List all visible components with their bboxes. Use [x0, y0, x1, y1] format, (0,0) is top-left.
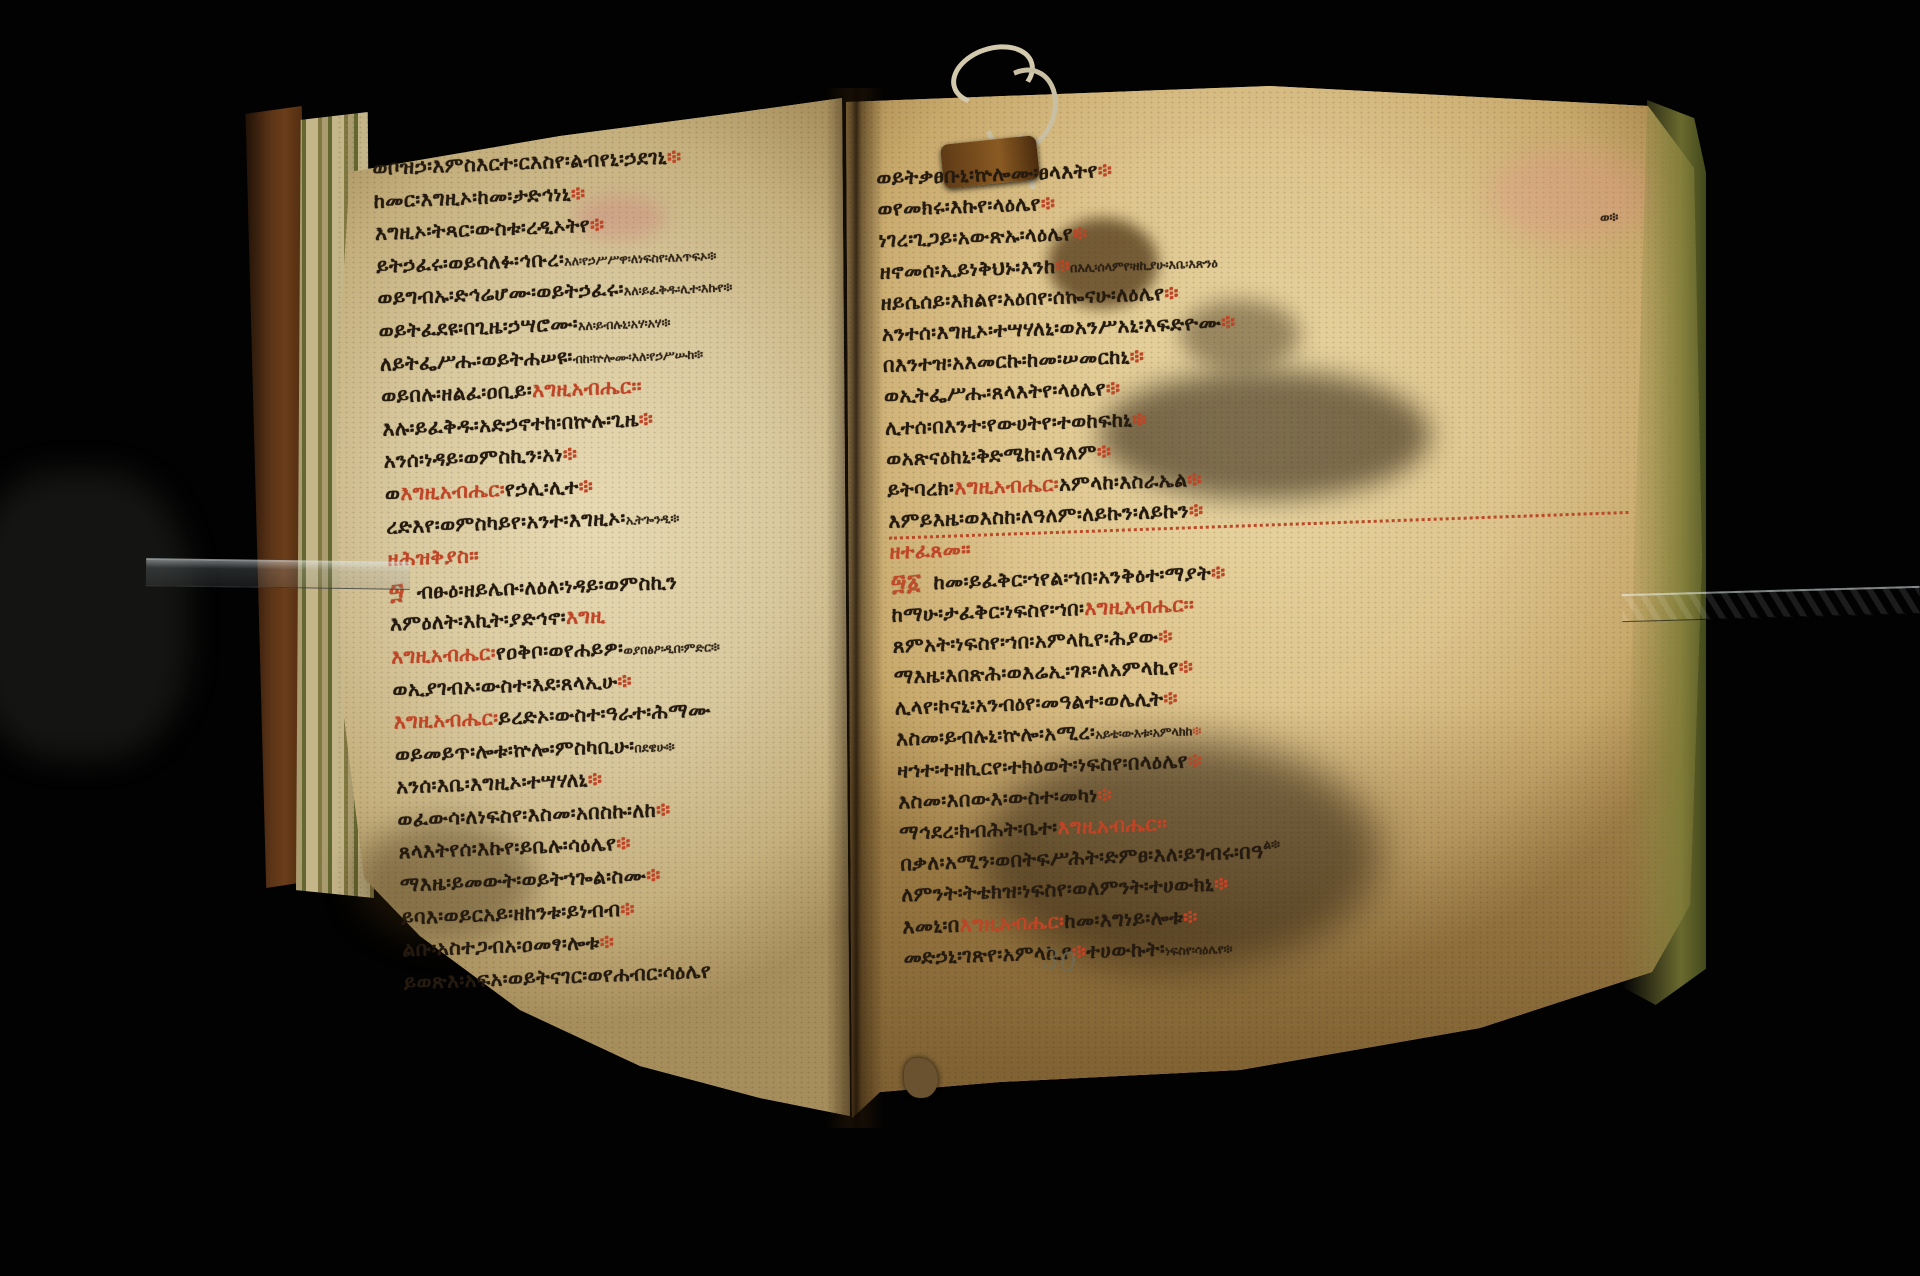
red-ink-text: ፨	[1189, 498, 1204, 522]
red-ink-text: ፨	[1163, 686, 1178, 710]
red-ink-text: ፨	[1040, 191, 1055, 215]
red-ink-text: እግዚአብሔር፡	[391, 641, 497, 669]
red-ink-text: ፨	[666, 144, 681, 169]
red-ink-text: ፨	[587, 767, 602, 792]
black-ink-text: በደዌሁ፨	[634, 739, 675, 757]
black-ink-text: እለ፡ይብሉኒ፡አሃ፡አሃ፨	[578, 315, 671, 335]
red-ink-text: ፨	[1214, 871, 1229, 895]
manuscript-text-left: ወቦዝኃ፡እምስእርተ፡ርእስየ፡ልብየኒ፡ኃደገኒ፨ከመር፡እግዚኦ፡ከመ፡ታ…	[372, 138, 879, 1012]
red-ink-text: ፨	[1221, 309, 1236, 333]
red-ink-text: ፨	[590, 212, 605, 237]
black-ink-text: የኃሊ፡ሊተ	[505, 474, 580, 501]
red-ink-text: ፨	[1105, 376, 1120, 400]
red-ink-text: እግዚአብሔር፡	[400, 477, 506, 505]
black-ink-text: በእሊ፡ሰላምየ፡ዘኪያሁ፡እቤ፡እጽንዕ	[1070, 255, 1218, 276]
red-ink-text: ፨	[646, 863, 661, 888]
manuscript-text-right: ወይትቃፀቡኒ፡ኵሎሙ፡ፀላእትየ፨ወየመክሩ፡እኩየ፡ላዕሌየ፨ነገረ፡ጊጋይ…	[876, 140, 1644, 977]
red-ink-text: ፨	[1055, 253, 1070, 277]
photo-black-background: ወቦዝኃ፡እምስእርተ፡ርእስየ፡ልብየኒ፡ኃደገኒ፨ከመር፡እግዚኦ፡ከመ፡ታ…	[0, 0, 1920, 1276]
black-ink-text: ወ	[385, 481, 401, 506]
red-ink-text: ፨	[1158, 624, 1173, 648]
red-ink-text: ፨	[1096, 439, 1111, 463]
black-ink-text: ል፨	[1263, 836, 1280, 853]
book-support-wedge	[0, 470, 190, 760]
red-ink-text: ፨	[620, 896, 635, 921]
red-ink-text: እግዚአብሔር፡	[393, 706, 499, 734]
black-ink-text: እለ፡የኃሥሥዋ፡ለነፍስየ፡ለአጥፍኦ፨	[564, 248, 717, 270]
red-ink-text: እግዚ	[566, 604, 606, 629]
red-ink-text: ፨	[1211, 560, 1226, 584]
red-ink-text: ፨	[562, 442, 577, 467]
black-ink-text: ዘኖመሰ፡ኢይነቅህኑ፡እንከ	[879, 253, 1056, 283]
black-ink-text: አይቴ፡ውእቱ፡አምላክከ	[1095, 724, 1193, 743]
plexiglass-strip-left	[146, 558, 410, 590]
red-ink-text: እግዚአብሔር፡፡	[532, 374, 643, 402]
black-ink-text: እመኒ፡በ	[902, 912, 960, 938]
red-ink-text: ፨	[1132, 406, 1147, 430]
red-ink-text: ፨	[1183, 904, 1198, 928]
red-ink-text: እግዚአብሔር፡	[959, 908, 1065, 936]
gutter-leather-tab	[904, 1058, 938, 1098]
red-ink-text: ፨	[578, 474, 593, 499]
red-ink-text: ፨	[1097, 782, 1112, 806]
black-ink-text: አምላከ፡እስራኤል	[1059, 467, 1188, 495]
black-ink-text: ከመ፡እግነይ፡ሎቱ	[1064, 904, 1184, 932]
red-ink-text: እግዚአብሔር፡	[954, 472, 1060, 500]
red-ink-text: ፨	[616, 831, 631, 856]
red-ink-text: ፨	[1073, 221, 1088, 245]
red-ink-text: ፨	[1187, 467, 1202, 491]
black-ink-text: ወቦዝኃ፡እምስእርተ፡ርእስየ፡ልብየኒ፡ኃደገኒ	[372, 145, 667, 180]
black-ink-text: ነፍስየ፡ሳዕሌየ፨	[1165, 941, 1233, 959]
red-ink-text: ፨	[1129, 344, 1144, 368]
black-ink-text: ወየመክሩ፡እኩየ፡ላዕሌየ	[877, 191, 1041, 221]
red-ink-text: ፨	[638, 406, 653, 431]
pencil-folio-number: 30	[1040, 943, 1079, 979]
red-ink-text: ፨	[1164, 280, 1179, 304]
red-ink-text: እግዚአብሔር፡፡	[1084, 592, 1195, 620]
black-ink-text: ይትባረክ፡	[887, 475, 955, 501]
red-ink-text: ፨	[1178, 654, 1193, 678]
red-ink-text: ፨	[599, 930, 614, 955]
red-ink-text: ፨	[1097, 158, 1112, 182]
black-ink-text: ማኅደረ፡ክብሕት፡ቤተ፡	[899, 815, 1058, 845]
black-ink-text: ወ፨	[1600, 210, 1619, 227]
red-ink-text: ፨	[1187, 748, 1202, 772]
black-ink-text: ወይበሉ፡ዘልፈ፡ዐቢይ፡	[381, 378, 533, 408]
black-ink-text: ወያበፅዖ፡ዲበ፡ምድር፨	[623, 639, 720, 659]
black-ink-text: እለ፡ይፈቅዱ፡ሊተ፡እኩየ፨	[624, 280, 733, 300]
black-ink-text: ኢትጐንዲ፨	[625, 510, 679, 528]
red-ink-text: ፨	[617, 668, 632, 693]
red-ink-text: ፨	[571, 180, 586, 205]
red-ink-text: እግዚአብሔር፡፡	[1057, 811, 1168, 839]
red-ink-text: ፨	[1192, 723, 1201, 739]
black-ink-text: ተሀውኩት፡	[1086, 936, 1165, 963]
black-ink-text: የዐቅቦ፡ወየሐይዎ፡	[495, 636, 623, 665]
red-ink-text: ፨	[656, 797, 671, 822]
black-ink-text: ብከ፡ኵሎሙ፡እለ፡የኃሥሡከ፨	[573, 346, 704, 367]
red-ink-text: ዘተፈጸመ።	[889, 537, 971, 564]
red-ink-text: ፵፩	[890, 570, 922, 597]
